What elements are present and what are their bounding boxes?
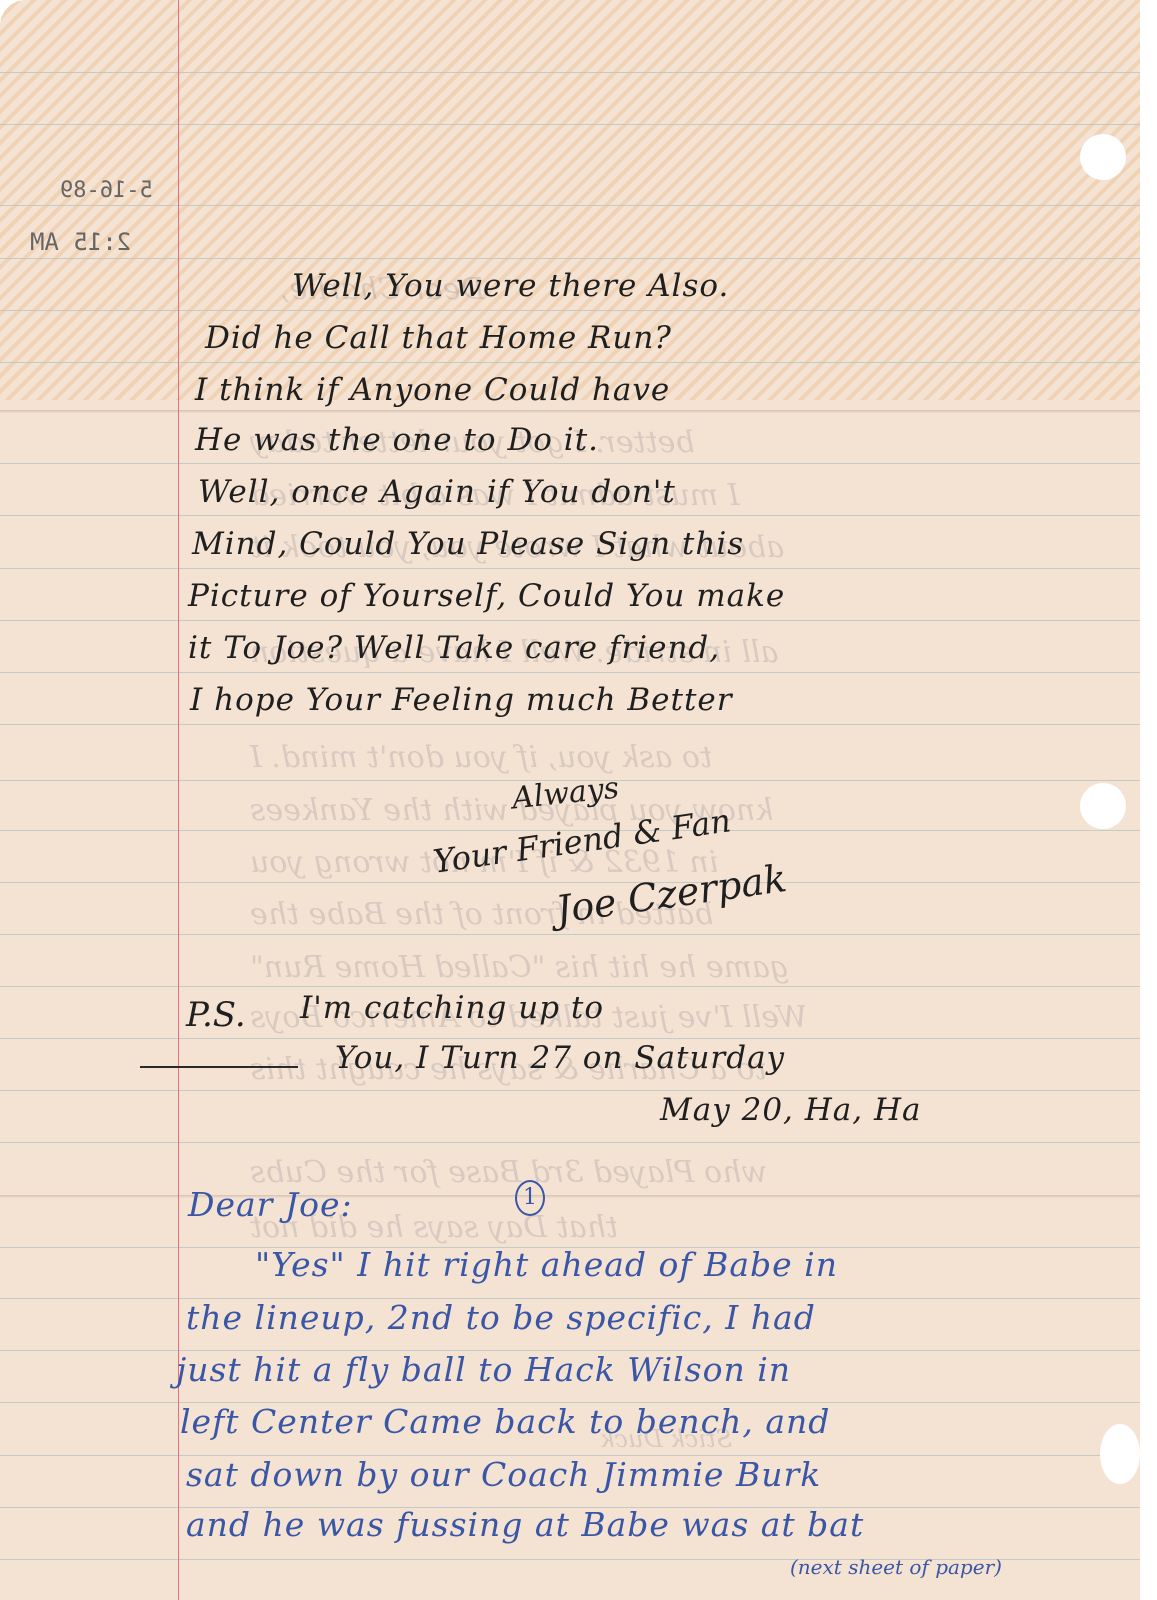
reply-footnote: (next sheet of paper) <box>790 1555 1002 1579</box>
rule-line <box>0 515 1140 516</box>
letter-line: I hope Your Feeling much Better <box>190 682 733 718</box>
rule-line <box>0 258 1140 259</box>
reply-line: left Center Came back to bench, and <box>180 1402 830 1441</box>
bleed-through-text: to ask you, if you don't mind. I <box>250 740 712 775</box>
reply-line: the lineup, 2nd to be specific, I had <box>186 1298 816 1337</box>
rule-line <box>0 724 1140 725</box>
pencil-time-note: 2:15 AM <box>30 228 131 256</box>
page-number-circled: 1 <box>515 1180 545 1216</box>
rule-line <box>0 620 1140 621</box>
reply-line: "Yes" I hit right ahead of Babe in <box>255 1245 838 1284</box>
reply-line: sat down by our Coach Jimmie Burk <box>186 1455 821 1494</box>
rule-line <box>0 72 1140 73</box>
ps-line: I'm catching up to <box>300 990 604 1026</box>
rule-line <box>0 1038 1140 1039</box>
letter-line: Mind, Could You Please Sign this <box>192 526 744 562</box>
pen-stroke <box>140 1066 298 1068</box>
fold-crease <box>0 410 1140 413</box>
ps-line: You, I Turn 27 on Saturday <box>335 1040 785 1076</box>
rule-line <box>0 124 1140 125</box>
letter-line: Well, once Again if You don't <box>198 474 676 510</box>
rule-line <box>0 1090 1140 1091</box>
letter-line: it To Joe? Well Take care friend, <box>188 630 720 666</box>
rule-line <box>0 672 1140 673</box>
letter-line: Well, You were there Also. <box>292 268 729 304</box>
letter-line: I think if Anyone Could have <box>195 372 670 408</box>
letter-line: He was the one to Do it. <box>195 422 599 458</box>
rule-line <box>0 310 1140 311</box>
rule-line <box>0 882 1140 883</box>
rule-line <box>0 205 1140 206</box>
rule-line <box>0 463 1140 464</box>
ps-label: P.S. <box>186 995 246 1035</box>
reply-salutation: Dear Joe: <box>188 1185 353 1224</box>
fold-crease <box>0 1195 1140 1198</box>
bleed-through-text: game he hit his "Called Home Run" <box>250 950 789 985</box>
ps-line: May 20, Ha, Ha <box>660 1092 922 1128</box>
letter-line: Did he Call that Home Run? <box>205 320 672 356</box>
punch-hole <box>1080 134 1126 180</box>
reply-line: just hit a fly ball to Hack Wilson in <box>176 1350 791 1389</box>
letter-line: Picture of Yourself, Could You make <box>188 578 785 614</box>
page-number: 1 <box>515 1180 545 1216</box>
punch-hole <box>1080 783 1126 829</box>
rule-line <box>0 986 1140 987</box>
pencil-date-note: 5-16-89 <box>60 178 153 203</box>
punch-hole <box>1100 1424 1140 1484</box>
reply-line: and he was fussing at Babe was at bat <box>186 1505 864 1544</box>
notebook-paper: Dear Charlie, better. I got your letter … <box>0 0 1140 1600</box>
rule-line <box>0 1142 1140 1143</box>
rule-line <box>0 934 1140 935</box>
rule-line <box>0 362 1140 363</box>
rule-line <box>0 568 1140 569</box>
